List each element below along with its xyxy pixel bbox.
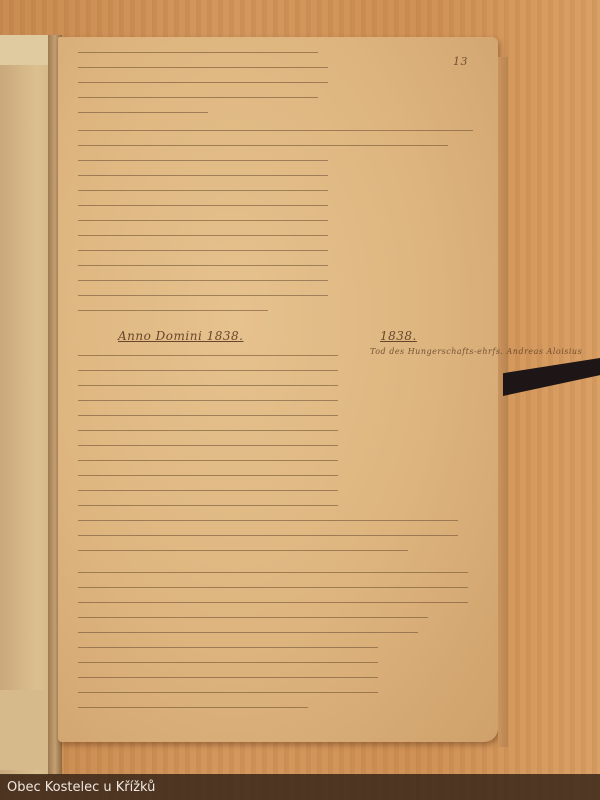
handwriting-line <box>78 505 338 506</box>
handwriting-line <box>78 662 378 663</box>
handwriting-line <box>78 82 328 83</box>
handwriting-line <box>78 145 448 146</box>
handwriting-line <box>78 220 328 221</box>
handwriting-line <box>78 677 378 678</box>
handwriting-line <box>78 475 338 476</box>
previous-page-lower-fold <box>0 690 55 770</box>
handwriting-line <box>78 460 338 461</box>
handwriting-line <box>78 415 338 416</box>
handwriting-line <box>78 550 408 551</box>
previous-page-top-strip <box>0 35 48 65</box>
handwriting-line <box>78 647 378 648</box>
handwriting-line <box>78 707 308 708</box>
handwriting-line <box>78 385 338 386</box>
margin-note: Tod des Hungerschafts-ehrfs. Andreas Alo… <box>370 347 582 356</box>
handwriting-line <box>78 295 328 296</box>
handwriting-line <box>78 430 338 431</box>
handwriting-line <box>78 535 458 536</box>
handwriting-line <box>78 520 458 521</box>
handwriting-line <box>78 602 468 603</box>
handwriting-line <box>78 205 328 206</box>
handwriting-line <box>78 572 468 573</box>
caption-bar: Obec Kostelec u Křížků <box>0 774 600 800</box>
page-number: 13 <box>453 55 468 68</box>
handwriting-line <box>78 52 318 53</box>
handwriting-line <box>78 355 338 356</box>
handwriting-line <box>78 617 428 618</box>
caption-text: Obec Kostelec u Křížků <box>7 780 155 795</box>
year-heading-margin: 1838. <box>380 329 417 343</box>
handwriting-line <box>78 445 338 446</box>
handwriting-line <box>78 160 328 161</box>
handwriting-line <box>78 490 338 491</box>
handwriting-line <box>78 370 338 371</box>
handwriting-line <box>78 130 473 131</box>
handwriting-line <box>78 587 468 588</box>
handwriting-line <box>78 67 328 68</box>
handwriting-line <box>78 97 318 98</box>
handwriting-line <box>78 310 268 311</box>
handwriting-line <box>78 632 418 633</box>
year-heading-main: Anno Domini 1838. <box>118 329 243 343</box>
handwriting-line <box>78 235 328 236</box>
handwriting-line <box>78 280 328 281</box>
manuscript-page: 13 Anno Domini 1838. 1838. Tod des Hunge… <box>58 37 498 742</box>
handwriting-line <box>78 400 338 401</box>
handwriting-line <box>78 265 328 266</box>
handwriting-line <box>78 175 328 176</box>
handwriting-line <box>78 250 328 251</box>
handwriting-line <box>78 112 208 113</box>
handwriting-line <box>78 692 378 693</box>
page-stack-edge <box>498 57 508 747</box>
handwriting-line <box>78 190 328 191</box>
